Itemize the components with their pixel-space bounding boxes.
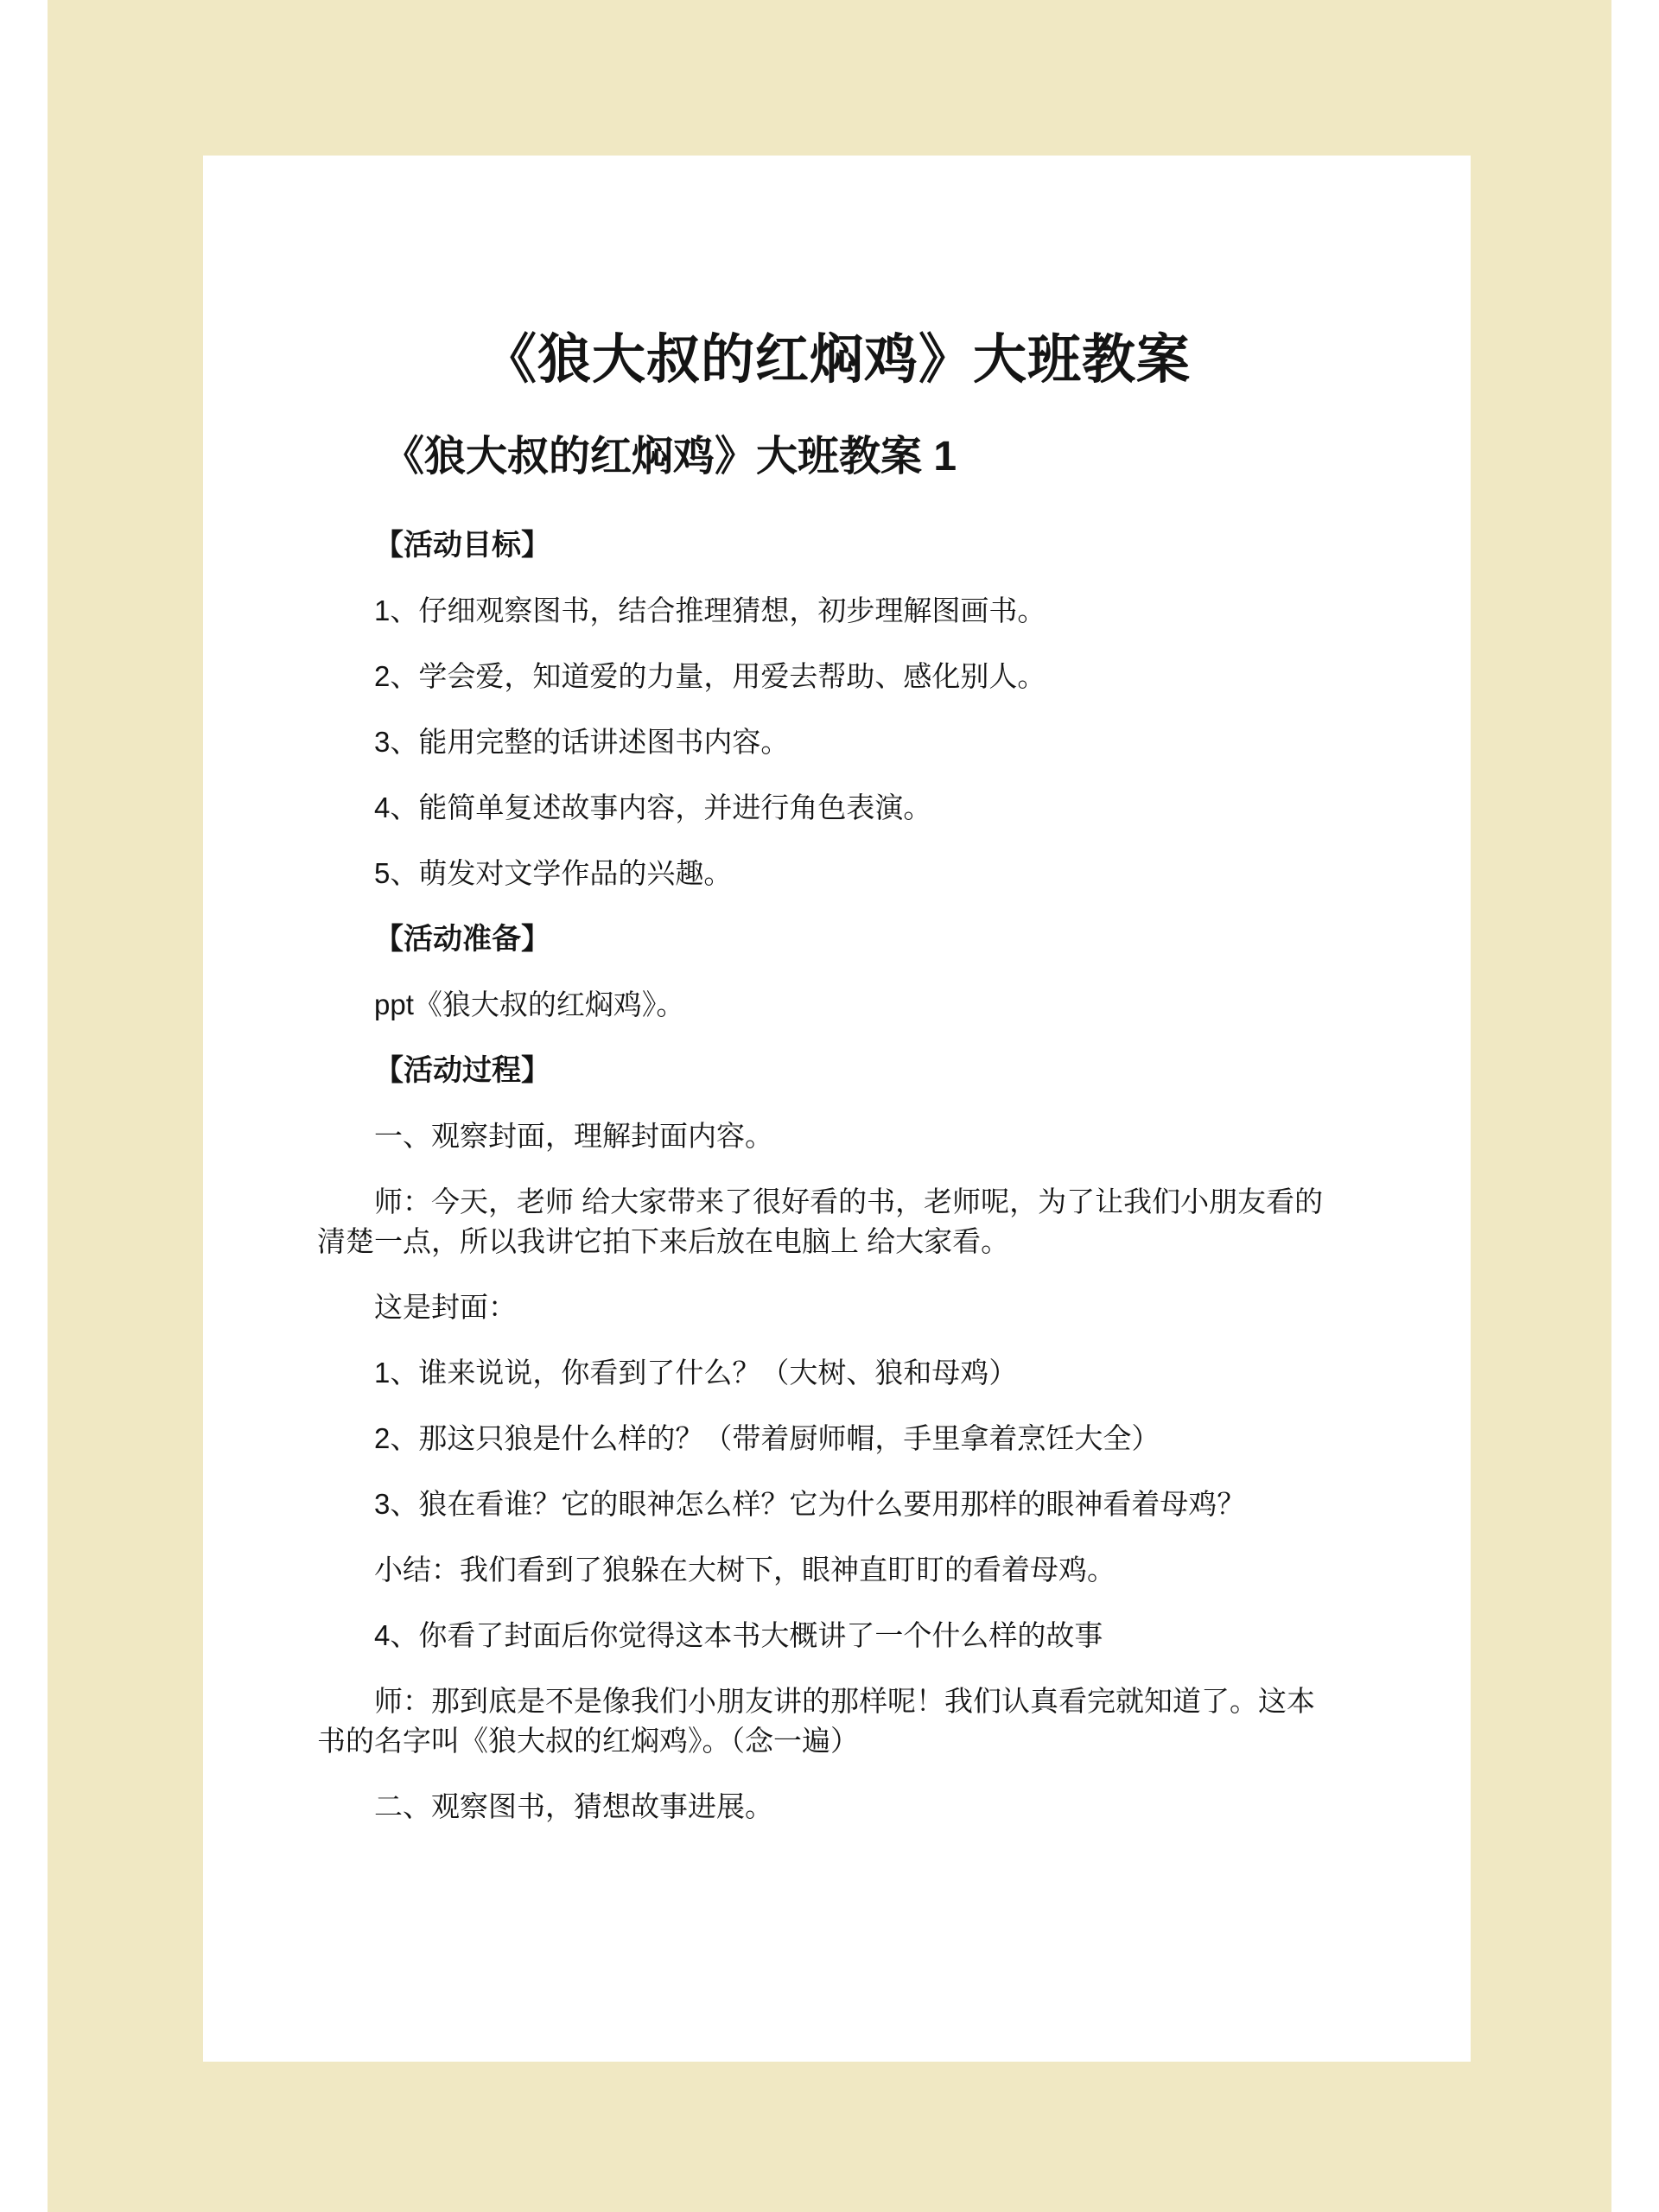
paragraph: 师：那到底是不是像我们小朋友讲的那样呢！我们认真看完就知道了。这本书的名字叫《狼… bbox=[317, 1681, 1331, 1761]
document-content: 《狼大叔的红焖鸡》大班教案 《狼大叔的红焖鸡》大班教案 1 【活动目标】1、仔细… bbox=[203, 156, 1471, 1827]
section-heading: 【活动过程】 bbox=[317, 1051, 1331, 1090]
text-line: ppt《狼大叔的红焖鸡》。 bbox=[317, 985, 1331, 1025]
text-line: 4、能简单复述故事内容，并进行角色表演。 bbox=[317, 788, 1331, 828]
text-line: 2、那这只狼是什么样的？（带着厨师帽，手里拿着烹饪大全） bbox=[317, 1419, 1331, 1459]
beige-backdrop-card: 《狼大叔的红焖鸡》大班教案 《狼大叔的红焖鸡》大班教案 1 【活动目标】1、仔细… bbox=[48, 0, 1611, 2212]
paragraph: 1、谁来说说，你看到了什么？（大树、狼和母鸡） bbox=[317, 1353, 1331, 1393]
paragraph: 师：今天，老师 给大家带来了很好看的书，老师呢，为了让我们小朋友看的清楚一点，所… bbox=[317, 1182, 1331, 1262]
paragraph: 3、狼在看谁？它的眼神怎么样？它为什么要用那样的眼神看着母鸡？ bbox=[317, 1484, 1331, 1524]
text-line: 小结：我们看到了狼躲在大树下，眼神直盯盯的看着母鸡。 bbox=[317, 1550, 1331, 1590]
text-line: 2、学会爱，知道爱的力量，用爱去帮助、感化别人。 bbox=[317, 657, 1331, 696]
text-line: 清楚一点，所以我讲它拍下来后放在电脑上 给大家看。 bbox=[317, 1222, 1331, 1262]
paragraph: 这是封面： bbox=[317, 1287, 1331, 1327]
paragraph: ppt《狼大叔的红焖鸡》。 bbox=[317, 985, 1331, 1025]
text-line: 4、你看了封面后你觉得这本书大概讲了一个什么样的故事 bbox=[317, 1616, 1331, 1656]
paragraph: 2、学会爱，知道爱的力量，用爱去帮助、感化别人。 bbox=[317, 657, 1331, 696]
text-line: 1、仔细观察图书，结合推理猜想，初步理解图画书。 bbox=[317, 591, 1331, 631]
paragraph: 4、能简单复述故事内容，并进行角色表演。 bbox=[317, 788, 1331, 828]
text-line: 师：今天，老师 给大家带来了很好看的书，老师呢，为了让我们小朋友看的 bbox=[317, 1182, 1331, 1222]
paragraph: 2、那这只狼是什么样的？（带着厨师帽，手里拿着烹饪大全） bbox=[317, 1419, 1331, 1459]
document-subtitle: 《狼大叔的红焖鸡》大班教案 1 bbox=[317, 429, 1331, 486]
section-heading: 【活动准备】 bbox=[317, 919, 1331, 959]
text-line: 1、谁来说说，你看到了什么？（大树、狼和母鸡） bbox=[317, 1353, 1331, 1393]
text-line: 3、能用完整的话讲述图书内容。 bbox=[317, 722, 1331, 762]
paragraph: 1、仔细观察图书，结合推理猜想，初步理解图画书。 bbox=[317, 591, 1331, 631]
text-line: 书的名字叫《狼大叔的红焖鸡》。（念一遍） bbox=[317, 1721, 1331, 1761]
text-line: 这是封面： bbox=[317, 1287, 1331, 1327]
text-line: 3、狼在看谁？它的眼神怎么样？它为什么要用那样的眼神看着母鸡？ bbox=[317, 1484, 1331, 1524]
text-line: 【活动准备】 bbox=[317, 919, 1331, 959]
text-line: 一、观察封面，理解封面内容。 bbox=[317, 1116, 1331, 1156]
paragraph: 4、你看了封面后你觉得这本书大概讲了一个什么样的故事 bbox=[317, 1616, 1331, 1656]
text-line: 【活动过程】 bbox=[317, 1051, 1331, 1090]
document-title: 《狼大叔的红焖鸡》大班教案 bbox=[203, 328, 1471, 392]
document-page: 《狼大叔的红焖鸡》大班教案 《狼大叔的红焖鸡》大班教案 1 【活动目标】1、仔细… bbox=[203, 156, 1471, 2062]
paragraph: 小结：我们看到了狼躲在大树下，眼神直盯盯的看着母鸡。 bbox=[317, 1550, 1331, 1590]
section-heading: 【活动目标】 bbox=[317, 525, 1331, 565]
paragraph: 一、观察封面，理解封面内容。 bbox=[317, 1116, 1331, 1156]
paragraph: 5、萌发对文学作品的兴趣。 bbox=[317, 854, 1331, 893]
text-line: 【活动目标】 bbox=[317, 525, 1331, 565]
paragraph: 二、观察图书，猜想故事进展。 bbox=[317, 1787, 1331, 1827]
text-line: 二、观察图书，猜想故事进展。 bbox=[317, 1787, 1331, 1827]
text-line: 师：那到底是不是像我们小朋友讲的那样呢！我们认真看完就知道了。这本 bbox=[317, 1681, 1331, 1721]
text-line: 5、萌发对文学作品的兴趣。 bbox=[317, 854, 1331, 893]
paragraph: 3、能用完整的话讲述图书内容。 bbox=[317, 722, 1331, 762]
document-body: 【活动目标】1、仔细观察图书，结合推理猜想，初步理解图画书。2、学会爱，知道爱的… bbox=[317, 525, 1331, 1827]
